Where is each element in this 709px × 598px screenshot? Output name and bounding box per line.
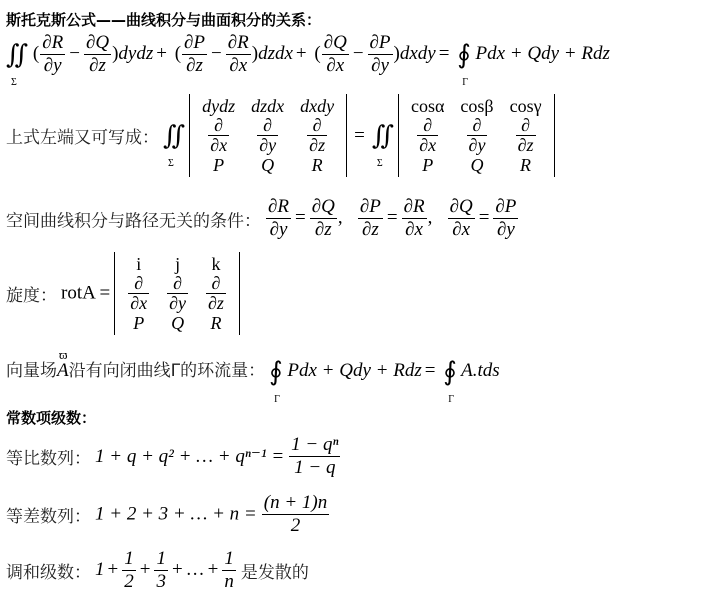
harmonic-series: 调和级数： 1+12+13+…+1n 是发散的: [6, 548, 309, 593]
curl-definition: 旋度： rotA = ijk ∂∂x ∂∂y ∂∂z PQR: [6, 252, 240, 335]
path-independence-condition: 空间曲线积分与路径无关的条件： ∂R∂y=∂Q∂z, ∂P∂z=∂R∂x, ∂Q…: [6, 196, 519, 241]
arithmetic-series: 等差数列： 1 + 2 + 3 + … + n = (n + 1)n2: [6, 492, 330, 537]
series-heading: 常数项级数：: [6, 407, 96, 428]
double-integral-symbol: ∬Σ: [6, 40, 28, 70]
contour-integral-symbol: ∮Γ: [457, 40, 471, 70]
determinant-form: 上式左端又可写成： ∬Σ dydzdzdxdxdy ∂∂x ∂∂y ∂∂z PQ…: [6, 94, 555, 177]
stokes-heading: 斯托克斯公式——曲线积分与曲面积分的关系：: [6, 9, 321, 30]
determinant-2: cosαcosβcosγ ∂∂x ∂∂y ∂∂z PQR: [398, 94, 555, 177]
contour-integral-symbol: ∮Γ: [269, 357, 283, 387]
contour-integral-symbol: ∮Γ: [443, 357, 457, 387]
double-integral-symbol: ∬Σ: [372, 121, 394, 151]
stokes-formula: ∬Σ (∂R∂y−∂Q∂z)dydz+ (∂P∂z−∂R∂x)dzdx+ (∂Q…: [6, 32, 610, 77]
curl-determinant: ijk ∂∂x ∂∂y ∂∂z PQR: [114, 252, 240, 335]
circulation-formula: 向量场A沿有向闭曲线Γ的环流量： ∮Γ Pdx + Qdy + Rdz= ∮Γ …: [6, 356, 500, 387]
determinant-1: dydzdzdxdxdy ∂∂x ∂∂y ∂∂z PQR: [189, 94, 347, 177]
geometric-series: 等比数列： 1 + q + q² + … + qⁿ⁻¹ = 1 − qⁿ1 − …: [6, 434, 341, 479]
double-integral-symbol: ∬Σ: [163, 121, 185, 151]
